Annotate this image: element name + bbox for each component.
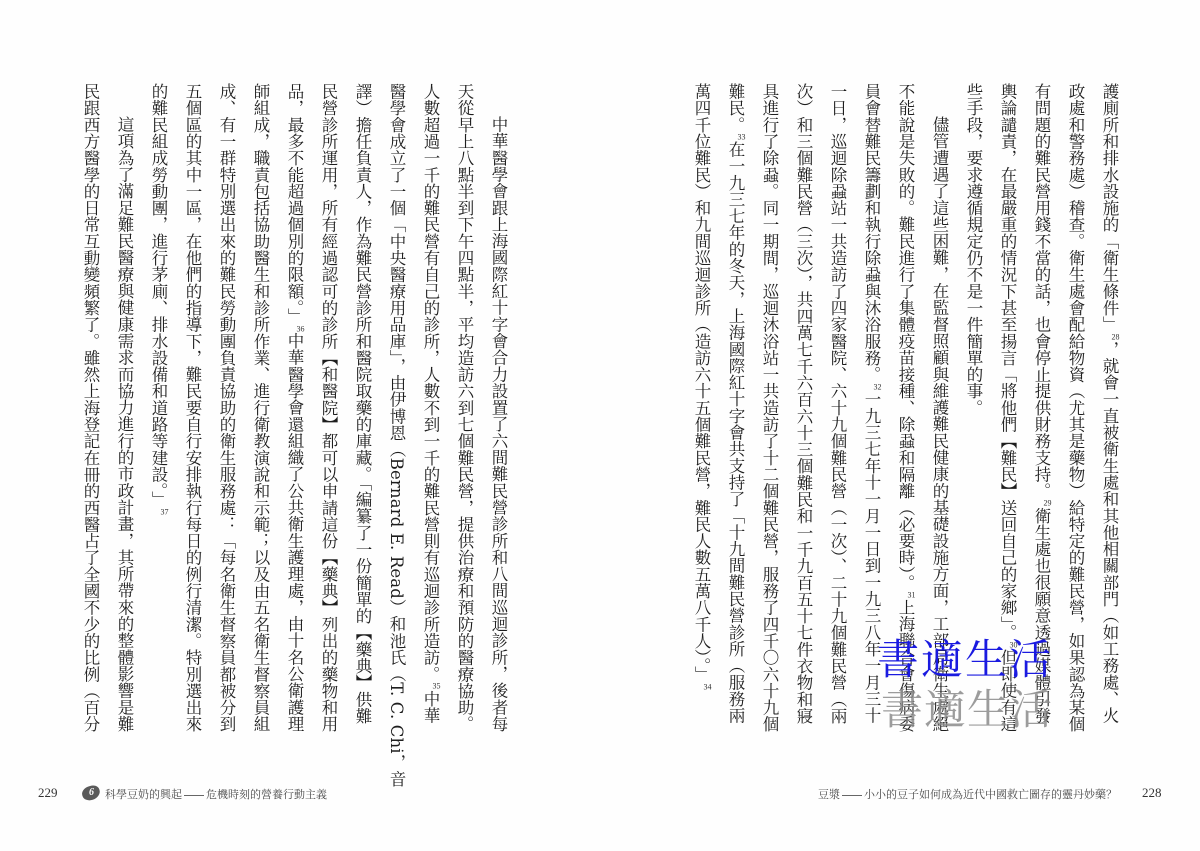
- text-column: 一日，巡迴除蝨站一共造訪了四家醫院、六十九個難民營（一次）、二十九個難民營（兩: [820, 83, 854, 728]
- text-column: 成、有一群特別選出來的難民勞動團負責協助的衛生服務處：「每名衛生督察員都被分到: [209, 83, 243, 728]
- footnote-marker: 37: [160, 508, 169, 516]
- page-number-left: 229: [38, 785, 58, 801]
- watermark-secondary: 書適生活: [881, 689, 1053, 731]
- text-run: 譯）擔任負責人，作為難民營診所和醫院取藥的庫藏。「編纂了一份簡單的【藥典】供難: [353, 83, 372, 724]
- text-column: 民跟西方醫學的日常互動變頻繁了。雖然上海登記在冊的西醫占了全國不少的比例（百分: [73, 83, 107, 728]
- text-column: 天從早上八點半到下午四點半，平均造訪六到七個難民營，提供治療和預防的醫療協助。: [447, 83, 481, 728]
- text-column: 品，最多不能超過個別的限額。」36中華醫學會還組織了公共衛生護理處，由十名公衛護…: [277, 83, 311, 728]
- text-column: 萬四千位難民）和九間巡迴診所（造訪六十五個難民營，難民人數五萬八千人）。」34: [684, 83, 718, 728]
- text-run: 的難民組成勞動團，進行茅廁、排水設備和道路等建設。」: [149, 83, 168, 508]
- text-run: 有問題的難民營用錢不當的話，也會停止提供財務支持。: [1032, 83, 1051, 499]
- chapter-subtitle: 危機時刻的營養行動主義: [206, 788, 327, 801]
- text-column: 難民。33在一九三七年的冬天，上海國際紅十字會共支持了「十九間難民營診所（服務兩: [718, 83, 752, 728]
- book-subtitle: 小小的豆子如何成為近代中國救亡圖存的靈丹妙藥？: [864, 788, 1117, 801]
- text-column: 醫學會成立了一個「中央醫療用品庫」，由伊博恩（Bernard E. Read）和…: [379, 83, 413, 728]
- text-run: ，就會一直被衛生處和其他相關部門（如工務處、火: [1100, 341, 1119, 724]
- text-run: 師組成，職責包括協助醫生和診所作業、進行衛教演說和示範；以及由五名衛生督察員組: [251, 83, 270, 732]
- text-run: 中華醫學會跟上海國際紅十字會合力設置了六間難民營診所和八間巡迴診所，後者每: [489, 116, 508, 732]
- text-column: 師組成，職責包括協助醫生和診所作業、進行衛教演說和示範；以及由五名衛生督察員組: [243, 83, 277, 728]
- text-run: 民營診所運用，所有經過認可的診所【和醫院】都可以申請這份【藥典】列出的藥物和用: [319, 83, 338, 732]
- text-run: 些手段，要求遵循規定仍不是一件簡單的事。: [964, 83, 983, 416]
- footnote-marker: 36: [296, 325, 305, 333]
- right-page-body: 護廁所和排水設施的「衛生條件」28，就會一直被衛生處和其他相關部門（如工務處、火…: [684, 83, 1126, 728]
- left-page-body: 中華醫學會跟上海國際紅十字會合力設置了六間難民營診所和八間巡迴診所，後者每天從早…: [72, 83, 515, 728]
- text-column: 員會替難民籌劃和執行除蝨與沐浴服務。32一九三七年十一月一日到一九三八年一月三十: [854, 83, 888, 728]
- text-column: 譯）擔任負責人，作為難民營診所和醫院取藥的庫藏。「編纂了一份簡單的【藥典】供難: [345, 83, 379, 728]
- text-run: 次）和三個難民營（三次），共四萬七千六百六十三個難民和一千九百五十七件衣物和寢: [794, 83, 813, 724]
- footnote-marker: 31: [907, 591, 916, 599]
- footnote-marker: 34: [703, 683, 712, 691]
- footnote-marker: 33: [737, 133, 746, 141]
- chapter-title: 科學豆奶的興起: [105, 788, 182, 801]
- text-run: 中華: [421, 690, 440, 723]
- text-run: 人數超過一千的難民營有自己的診所，人數不到一千的難民營則有巡迴診所造訪。: [421, 83, 440, 682]
- text-column: 些手段，要求遵循規定仍不是一件簡單的事。: [956, 83, 990, 728]
- text-column: 民營診所運用，所有經過認可的診所【和醫院】都可以申請這份【藥典】列出的藥物和用: [311, 83, 345, 728]
- book-title: 豆漿: [818, 788, 840, 801]
- page-number-right: 228: [1142, 785, 1162, 801]
- text-run: 難民。: [726, 83, 745, 133]
- text-run: 民跟西方醫學的日常互動變頻繁了。雖然上海登記在冊的西醫占了全國不少的比例（百分: [81, 83, 100, 732]
- running-head-right: 豆漿小小的豆子如何成為近代中國救亡圖存的靈丹妙藥？: [818, 786, 1117, 804]
- text-run: 政處和警務處）稽查。衛生處會配給物資（尤其是藥物）給特定的難民營，如果認為某個: [1066, 83, 1085, 732]
- text-column: 有問題的難民營用錢不當的話，也會停止提供財務支持。29衛生處也很願意透過媒體引發: [1024, 83, 1058, 728]
- text-run: 具進行了除蝨。同一期間，巡迴沐浴站一共造訪了十二個難民營，服務了四千〇六十九個: [760, 83, 779, 732]
- footnote-marker: 29: [1043, 499, 1052, 507]
- text-column: 護廁所和排水設施的「衛生條件」28，就會一直被衛生處和其他相關部門（如工務處、火: [1092, 83, 1126, 728]
- text-column: 具進行了除蝨。同一期間，巡迴沐浴站一共造訪了十二個難民營，服務了四千〇六十九個: [752, 83, 786, 728]
- text-run: 天從早上八點半到下午四點半，平均造訪六到七個難民營，提供治療和預防的醫療協助。: [455, 83, 474, 732]
- paragraph-start-column: 儘管遭遇了這些困難，在監督照顧與維護難民健康的基礎設施方面，工部局衛生處絕: [922, 83, 956, 728]
- watermark-primary: 書適生活: [877, 639, 1053, 681]
- text-column: 人數超過一千的難民營有自己的診所，人數不到一千的難民營則有巡迴診所造訪。35中華: [413, 83, 447, 728]
- footnote-marker: 28: [1111, 333, 1120, 341]
- text-column: 政處和警務處）稽查。衛生處會配給物資（尤其是藥物）給特定的難民營，如果認為某個: [1058, 83, 1092, 728]
- running-head-left: 科學豆奶的興起危機時刻的營養行動主義: [105, 786, 327, 804]
- footnote-marker: 32: [873, 383, 882, 391]
- text-run: 護廁所和排水設施的「衛生條件」: [1100, 83, 1119, 333]
- title-separator-rule: [842, 795, 862, 796]
- text-run: 萬四千位難民）和九間巡迴診所（造訪六十五個難民營，難民人數五萬八千人）。」: [692, 83, 711, 683]
- text-run: 品，最多不能超過個別的限額。」: [285, 83, 304, 325]
- text-column: 的難民組成勞動團，進行茅廁、排水設備和道路等建設。」37: [141, 83, 175, 728]
- text-column: 輿論譴責，在最嚴重的情況下甚至揚言「將他們【難民】送回自己的家鄉」。30但即使有…: [990, 83, 1024, 728]
- text-run: 在一九三七年的冬天，上海國際紅十字會共支持了「十九間難民營診所（服務兩: [726, 141, 745, 724]
- text-column: 次）和三個難民營（三次），共四萬七千六百六十三個難民和一千九百五十七件衣物和寢: [786, 83, 820, 728]
- title-separator-rule: [184, 795, 204, 796]
- paragraph-start-column: 中華醫學會跟上海國際紅十字會合力設置了六間難民營診所和八間巡迴診所，後者每: [481, 83, 515, 728]
- text-run: 成、有一群特別選出來的難民勞動團負責協助的衛生服務處：「每名衛生督察員都被分到: [217, 83, 236, 732]
- text-run: 一日，巡迴除蝨站一共造訪了四家醫院、六十九個難民營（一次）、二十九個難民營（兩: [828, 83, 847, 724]
- chapter-number: 6: [89, 786, 94, 800]
- text-run: 這項為了滿足難民醫療與健康需求而協力進行的市政計畫，其所帶來的整體影響是難: [115, 116, 134, 732]
- footnote-marker: 35: [432, 682, 441, 690]
- text-run: 員會替難民籌劃和執行除蝨與沐浴服務。: [862, 83, 881, 383]
- text-run: 輿論譴責，在最嚴重的情況下甚至揚言「將他們【難民】送回自己的家鄉」。: [998, 83, 1017, 641]
- text-run: 中華醫學會還組織了公共衛生護理處，由十名公衛護理: [285, 333, 304, 733]
- text-column: 不能說是失敗的。難民進行了集體疫苗接種、除蝨和隔離（必要時）。31上海聯合會傷病…: [888, 83, 922, 728]
- text-column: 五個區的其中一區，在他們的指導下，難民要自行安排執行每日的例行清潔。特別選出來: [175, 83, 209, 728]
- paragraph-start-column: 這項為了滿足難民醫療與健康需求而協力進行的市政計畫，其所帶來的整體影響是難: [107, 83, 141, 728]
- text-run: 五個區的其中一區，在他們的指導下，難民要自行安排執行每日的例行清潔。特別選出來: [183, 83, 202, 732]
- text-run: 不能說是失敗的。難民進行了集體疫苗接種、除蝨和隔離（必要時）。: [896, 83, 915, 591]
- text-run: 醫學會成立了一個「中央醫療用品庫」，由伊博恩（Bernard E. Read）和…: [387, 83, 406, 787]
